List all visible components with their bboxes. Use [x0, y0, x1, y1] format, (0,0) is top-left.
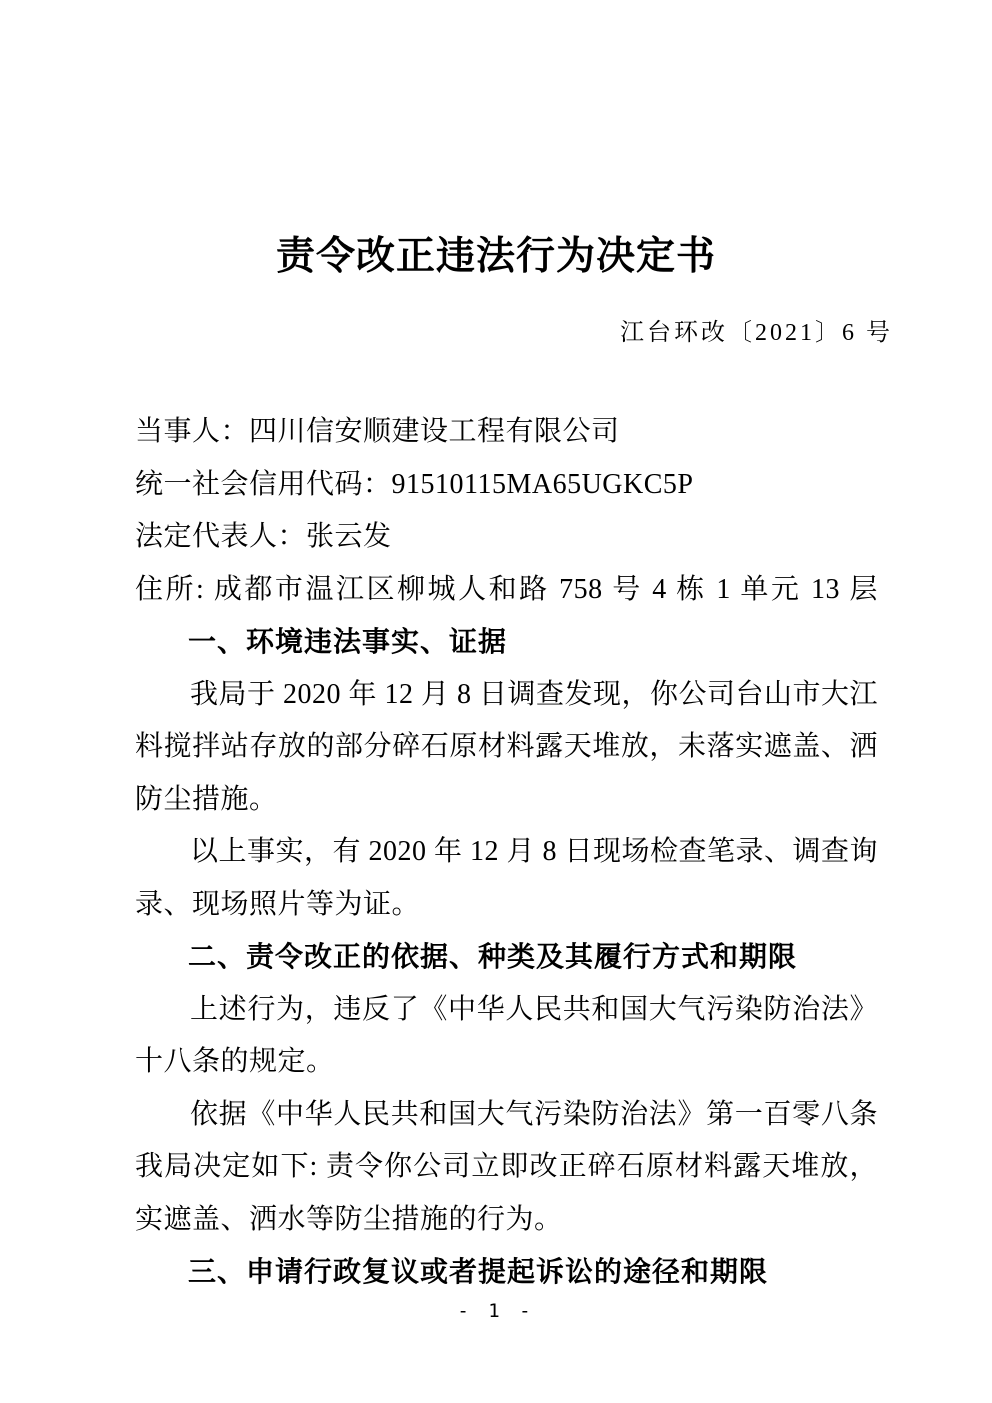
section-heading: 三、申请行政复议或者提起诉讼的途径和期限	[135, 1246, 878, 1299]
text-line: 以上事实，有 2020 年 12 月 8 日现场检查笔录、调查询问笔	[135, 826, 878, 879]
document-title: 责令改正违法行为决定书	[0, 225, 992, 281]
text-line: 住所: 成都市温江区柳城人和路 758 号 4 栋 1 单元 13 层 1307…	[135, 564, 878, 617]
text-line: 依据《中华人民共和国大气污染防治法》第一百零八条规定，	[135, 1089, 878, 1142]
text-line: 我局于 2020 年 12 月 8 日调查发现，你公司台山市大江水稳	[135, 669, 878, 722]
text-line: 料搅拌站存放的部分碎石原材料露天堆放，未落实遮盖、洒水等	[135, 721, 878, 774]
text-line: 统一社会信用代码：91510115MA65UGKC5P	[135, 459, 878, 512]
text-line: 上述行为，违反了《中华人民共和国大气污染防治法》第四	[135, 984, 878, 1037]
text-line: 录、现场照片等为证。	[135, 879, 878, 932]
document-number: 江台环改〔2021〕6 号	[620, 312, 893, 347]
page-number: - 1 -	[0, 1300, 992, 1322]
text-line: 实遮盖、洒水等防尘措施的行为。	[135, 1194, 878, 1247]
text-line: 十八条的规定。	[135, 1036, 878, 1089]
text-line: 法定代表人：张云发	[135, 511, 878, 564]
text-line: 我局决定如下: 责令你公司立即改正碎石原材料露天堆放，未落	[135, 1141, 878, 1194]
text-line: 防尘措施。	[135, 774, 878, 827]
document-body: 当事人：四川信安顺建设工程有限公司统一社会信用代码：91510115MA65UG…	[135, 406, 878, 1299]
section-heading: 二、责令改正的依据、种类及其履行方式和期限	[135, 931, 878, 984]
section-heading: 一、环境违法事实、证据	[135, 616, 878, 669]
text-line: 当事人：四川信安顺建设工程有限公司	[135, 406, 878, 459]
document-page: 责令改正违法行为决定书 江台环改〔2021〕6 号 当事人：四川信安顺建设工程有…	[0, 0, 992, 1403]
